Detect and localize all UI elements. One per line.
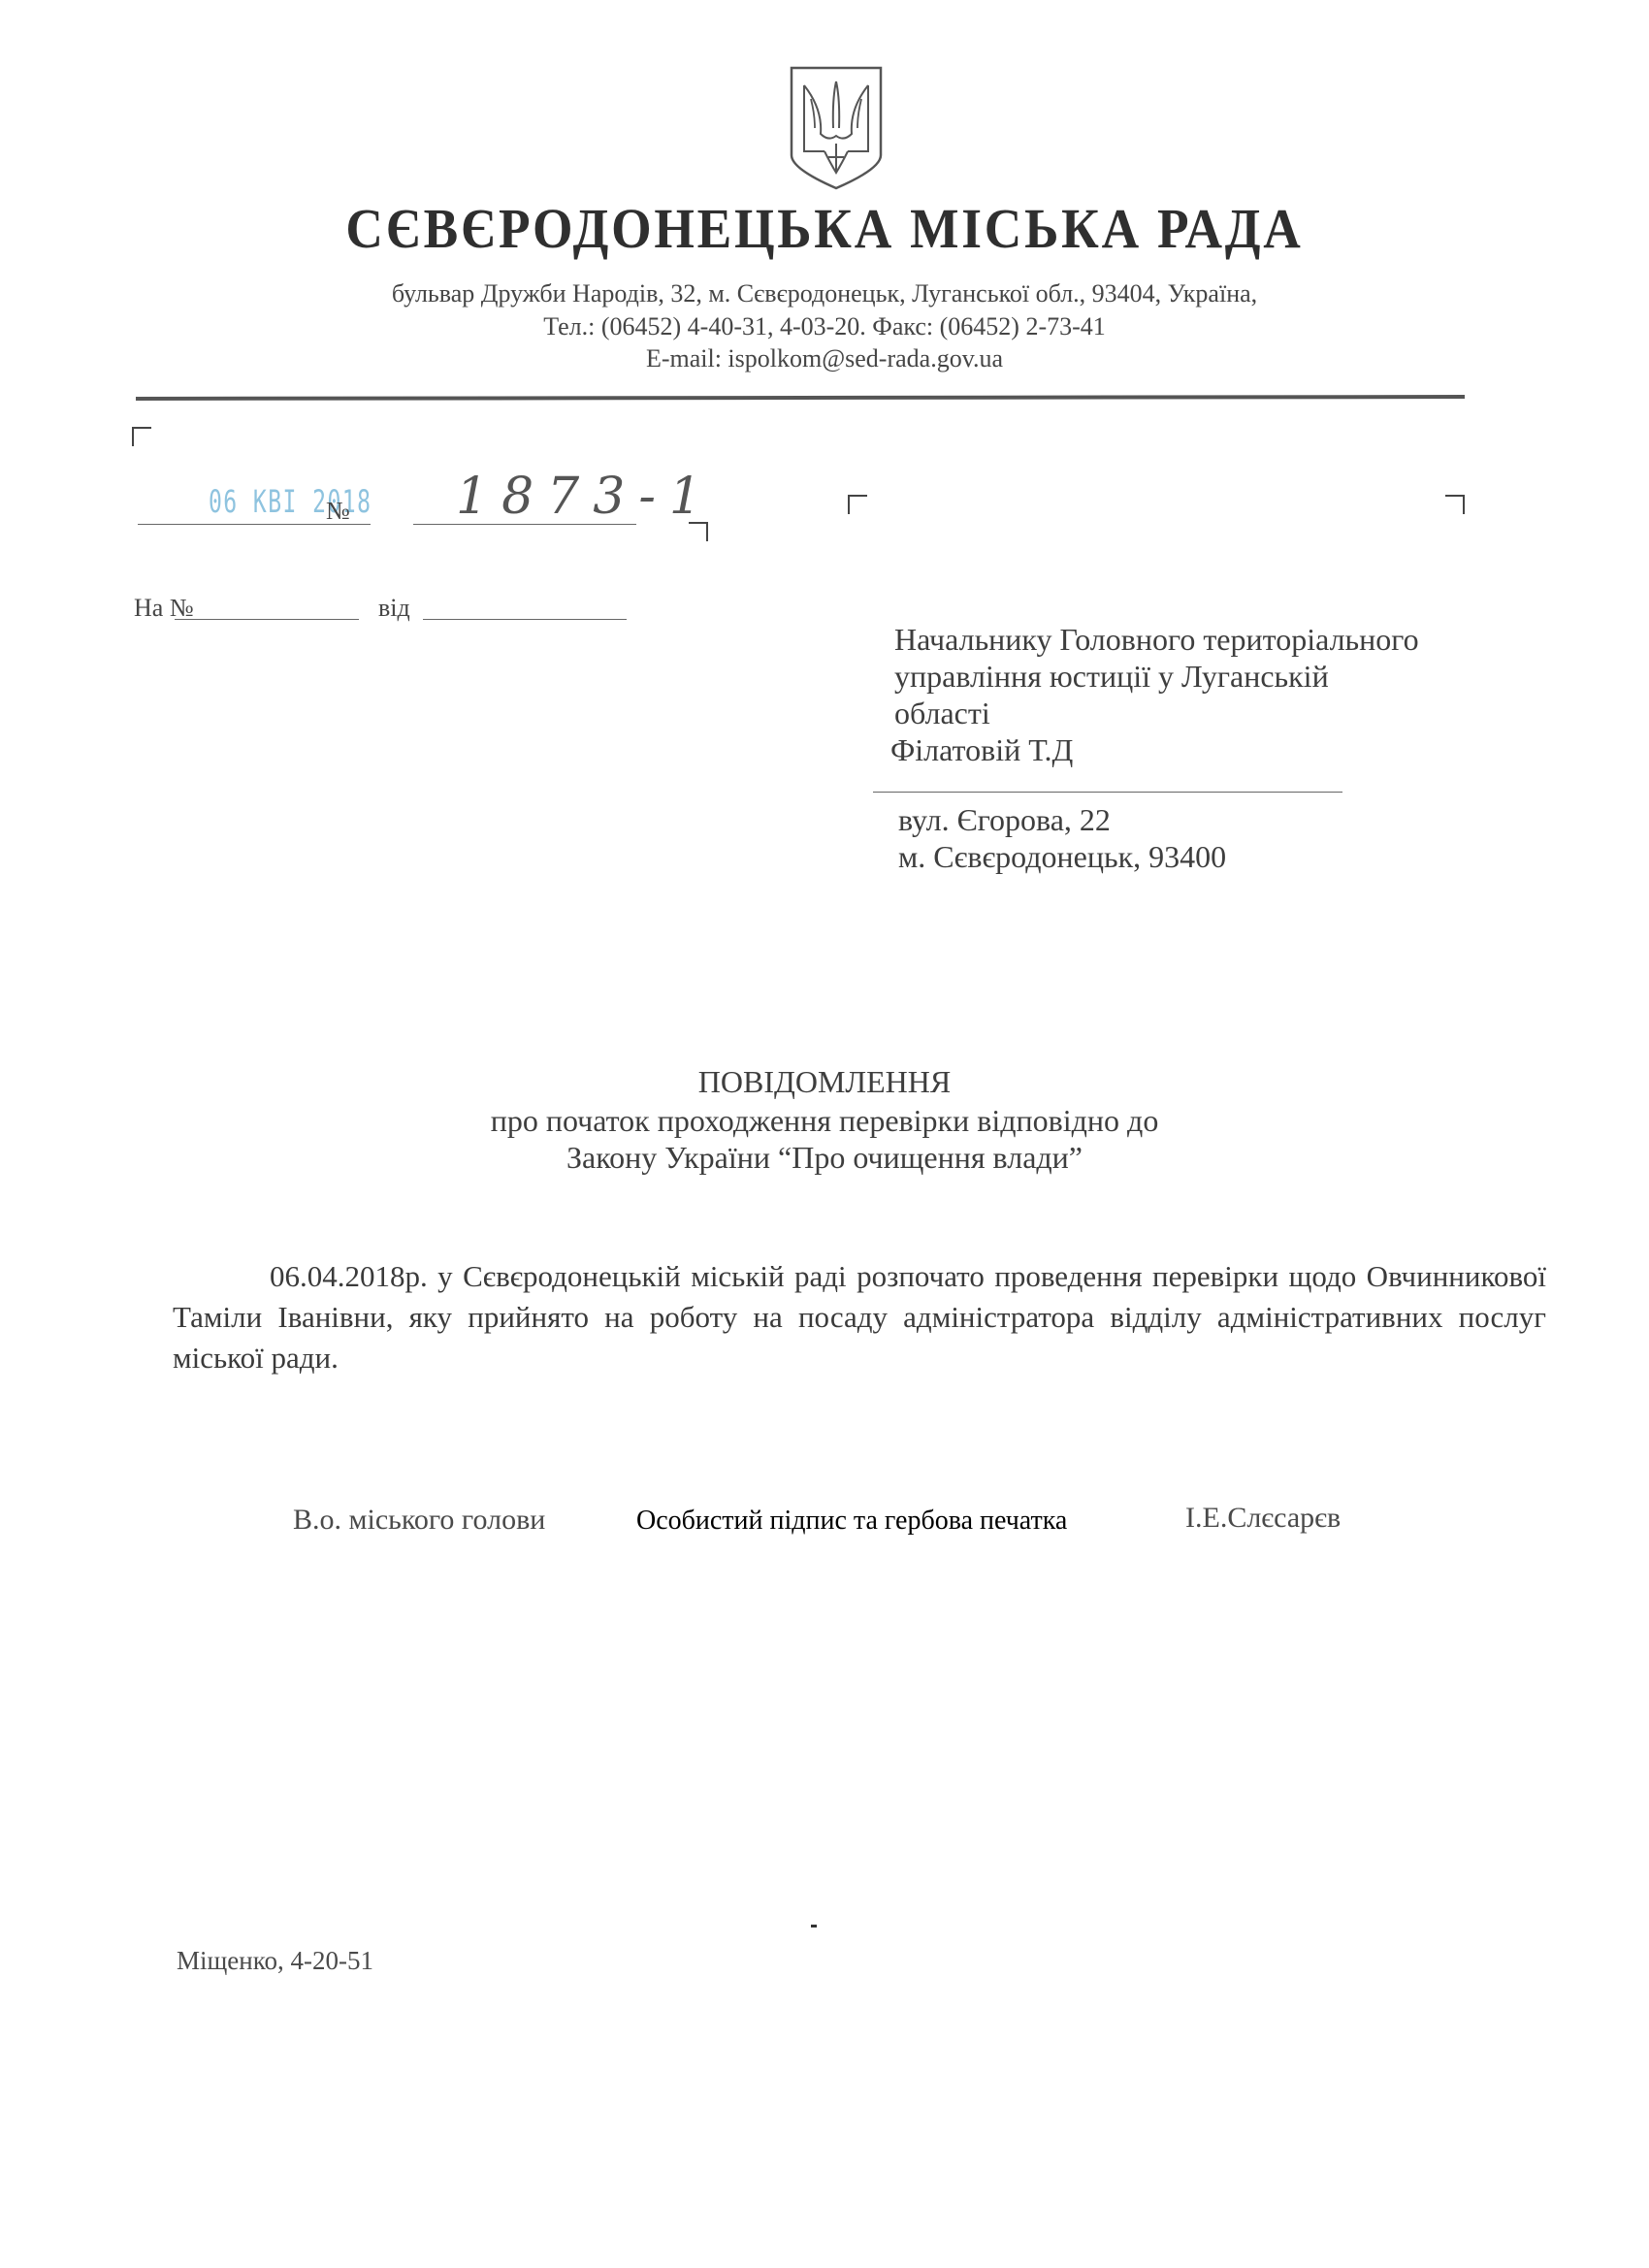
organization-name: СЄВЄРОДОНЕЦЬКА МІСЬКА РАДА xyxy=(66,196,1583,261)
reply-from-label: від xyxy=(378,594,410,623)
signatory-position: В.о. міського голови xyxy=(293,1504,545,1537)
addressee-corner-right xyxy=(1445,495,1465,514)
scan-artifact xyxy=(811,1925,817,1928)
corner-mark-right xyxy=(689,522,708,541)
number-line xyxy=(413,524,636,525)
letterhead-divider xyxy=(136,395,1465,401)
addressee-line: управління юстиції у Луганській xyxy=(894,658,1419,695)
corner-mark-top-left xyxy=(132,427,151,446)
organization-phone: Тел.: (06452) 4-40-31, 4-03-20. Факс: (0… xyxy=(0,312,1649,341)
executor-contact: Міщенко, 4-20-51 xyxy=(177,1946,373,1976)
addressee-line: Начальнику Головного територіального xyxy=(894,621,1419,658)
notice-subtitle-1: про початок проходження перевірки відпов… xyxy=(0,1102,1649,1139)
signatory-name: І.Е.Слєсарєв xyxy=(1185,1502,1341,1535)
organization-address: бульвар Дружби Народів, 32, м. Сєвєродон… xyxy=(0,279,1649,308)
signature-placeholder: Особистий підпис та гербова печатка xyxy=(636,1506,1067,1537)
addressee-line: області xyxy=(894,695,1419,731)
notice-title: ПОВІДОМЛЕННЯ xyxy=(0,1063,1649,1100)
addressee-corner-left xyxy=(848,495,867,514)
organization-email: E-mail: ispolkom@sed-rada.gov.ua xyxy=(0,344,1649,373)
notice-subtitle-2: Закону України “Про очищення влади” xyxy=(0,1139,1649,1176)
addressee-divider xyxy=(873,792,1342,793)
addressee-street: вул. Єгорова, 22 xyxy=(898,801,1226,838)
addressee-block: Начальнику Головного територіального упр… xyxy=(894,621,1419,768)
addressee-city: м. Сєвєродонецьк, 93400 xyxy=(898,838,1226,875)
reply-date-line xyxy=(423,619,627,620)
reply-number-line xyxy=(175,619,359,620)
notice-body: 06.04.2018р. у Сєвєродонецькій міській р… xyxy=(173,1256,1546,1378)
addressee-name: Філатовій Т.Д xyxy=(890,731,1419,768)
number-label: № xyxy=(326,497,350,526)
trident-coat-of-arms-icon xyxy=(788,60,885,191)
registration-number: 1873-1 xyxy=(456,468,715,526)
